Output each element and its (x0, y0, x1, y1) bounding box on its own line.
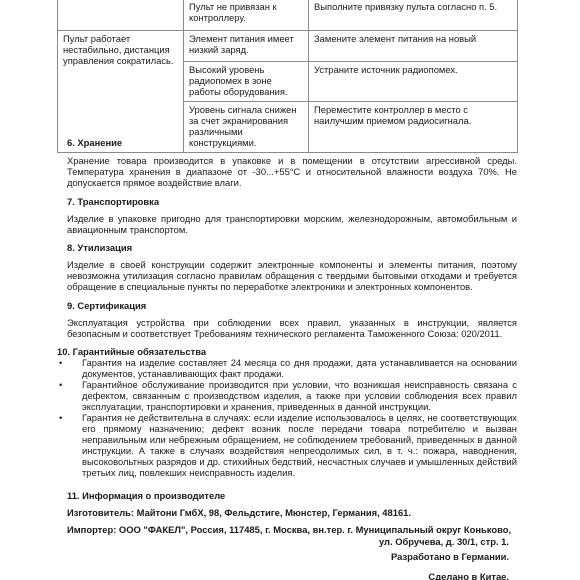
section-heading-warranty: 10. Гарантийные обязательства (57, 346, 507, 357)
manufacturer-info: Изготовитель: Майтони ГмбХ, 98, Фельдсти… (67, 507, 517, 518)
importer-info: Импортер: ООО "ФАКЕЛ", Россия, 117485, г… (67, 524, 517, 535)
section-heading-disposal: 8. Утилизация (67, 242, 517, 253)
warranty-list: • Гарантия на изделие составляет 24 меся… (57, 357, 517, 478)
storage-text: Хранение товара производится в упаковке … (67, 155, 517, 188)
troubleshooting-table: Пульт не привязан к контроллеру. Выполни… (57, 0, 518, 153)
problem-cell: Пульт работает нестабильно, дистанция уп… (58, 31, 184, 153)
solution-cell: Устраните источник радиопомех. (309, 62, 518, 102)
section-heading-storage: 6. Хранение (67, 137, 517, 148)
importer-address: ул. Обручева, д. 30/1, стр. 1. (67, 536, 509, 547)
made-in: Сделано в Китае. (67, 571, 509, 580)
bullet-icon: • (59, 379, 62, 390)
designed-in: Разработано в Германии. (67, 551, 509, 562)
bullet-icon: • (59, 357, 62, 368)
cause-cell: Элемент питания имеет низкий заряд. (184, 31, 309, 62)
cause-cell: Высокий уровень радиопомех в зоне работы… (184, 62, 309, 102)
solution-cell: Выполните привязку пульта согласно п. 5. (309, 0, 518, 31)
section-heading-certification: 9. Сертификация (67, 300, 517, 311)
section-heading-manufacturer: 11. Информация о производителе (67, 490, 517, 501)
problem-cell (58, 0, 184, 31)
bullet-icon: • (59, 412, 62, 423)
disposal-text: Изделие в своей конструкции содержит эле… (67, 259, 517, 292)
list-item: • Гарантия на изделие составляет 24 меся… (57, 357, 517, 379)
table-row: Пульт не привязан к контроллеру. Выполни… (58, 0, 518, 31)
table-row: Пульт работает нестабильно, дистанция уп… (58, 31, 518, 62)
list-item: • Гарантия не действительна в случаях: е… (57, 412, 517, 478)
transport-text: Изделие в упаковке пригодно для транспор… (67, 213, 517, 235)
cause-cell: Пульт не привязан к контроллеру. (184, 0, 309, 31)
section-heading-transport: 7. Транспортировка (67, 196, 517, 207)
list-item: • Гарантийное обслуживание производится … (57, 379, 517, 412)
certification-text: Эксплуатация устройства при соблюдении в… (67, 317, 517, 339)
solution-cell: Замените элемент питания на новый (309, 31, 518, 62)
document-page: Пульт не привязан к контроллеру. Выполни… (0, 0, 580, 580)
